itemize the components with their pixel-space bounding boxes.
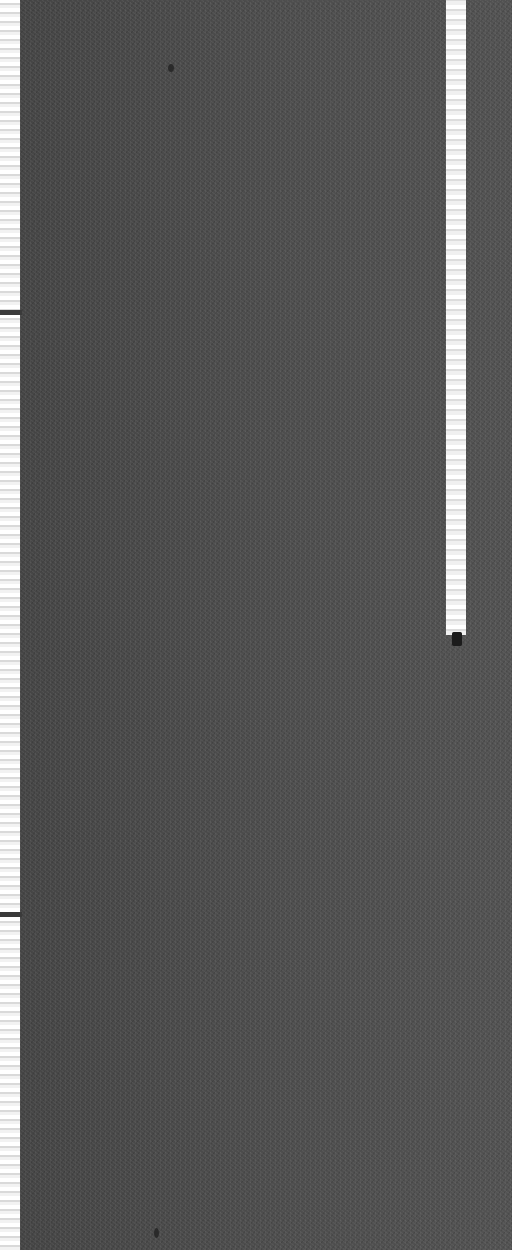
lane-marking [446,0,466,635]
asphalt-surface [20,0,512,1250]
shoulder-crack [0,912,22,917]
surface-stain [168,64,174,72]
road-shoulder [0,0,20,1250]
shoulder-crack [0,310,22,315]
surface-stain [154,1228,159,1238]
lane-marking-end [452,632,462,646]
